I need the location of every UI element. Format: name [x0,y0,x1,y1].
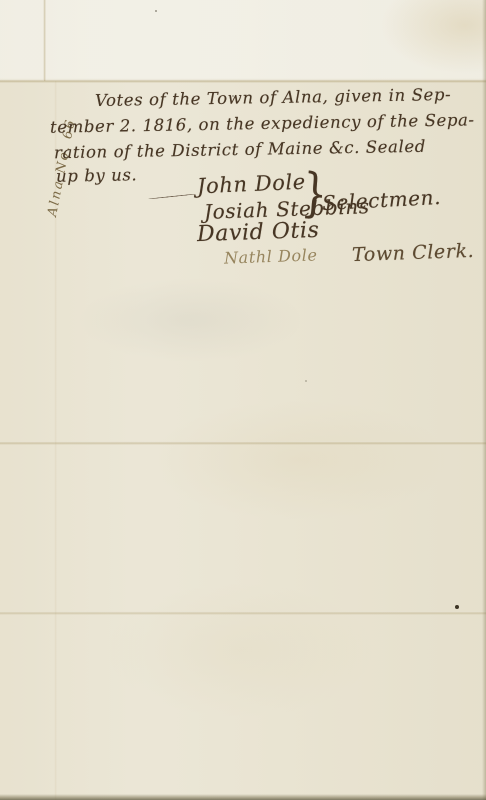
fold-crease-middle [0,441,486,445]
fold-crease-lower [0,611,486,615]
signature-town-clerk: Nathl Dole [224,245,318,267]
signature-flourish [148,193,196,199]
ink-speck [305,380,307,382]
manuscript-line: up by us. [56,165,138,185]
ink-speck [155,10,157,12]
ink-speck [455,605,459,609]
signature-selectman-1: John Dole [197,170,307,199]
manuscript-line: tember 2. 1816, on the expediency of the… [50,110,475,136]
manuscript-line: Votes of the Town of Alna, given in Sep- [95,85,452,110]
paper-edge-right [482,0,486,800]
manuscript-line: ration of the District of Maine &c. Seal… [54,137,426,162]
town-clerk-label: Town Clerk. [352,240,475,266]
paper-edge-bottom [0,794,486,800]
fold-crease-vertical-top [43,0,46,81]
signature-selectman-3: David Otis [197,218,320,247]
document-page: Alna No. 66 Votes of the Town of Alna, g… [0,0,486,800]
